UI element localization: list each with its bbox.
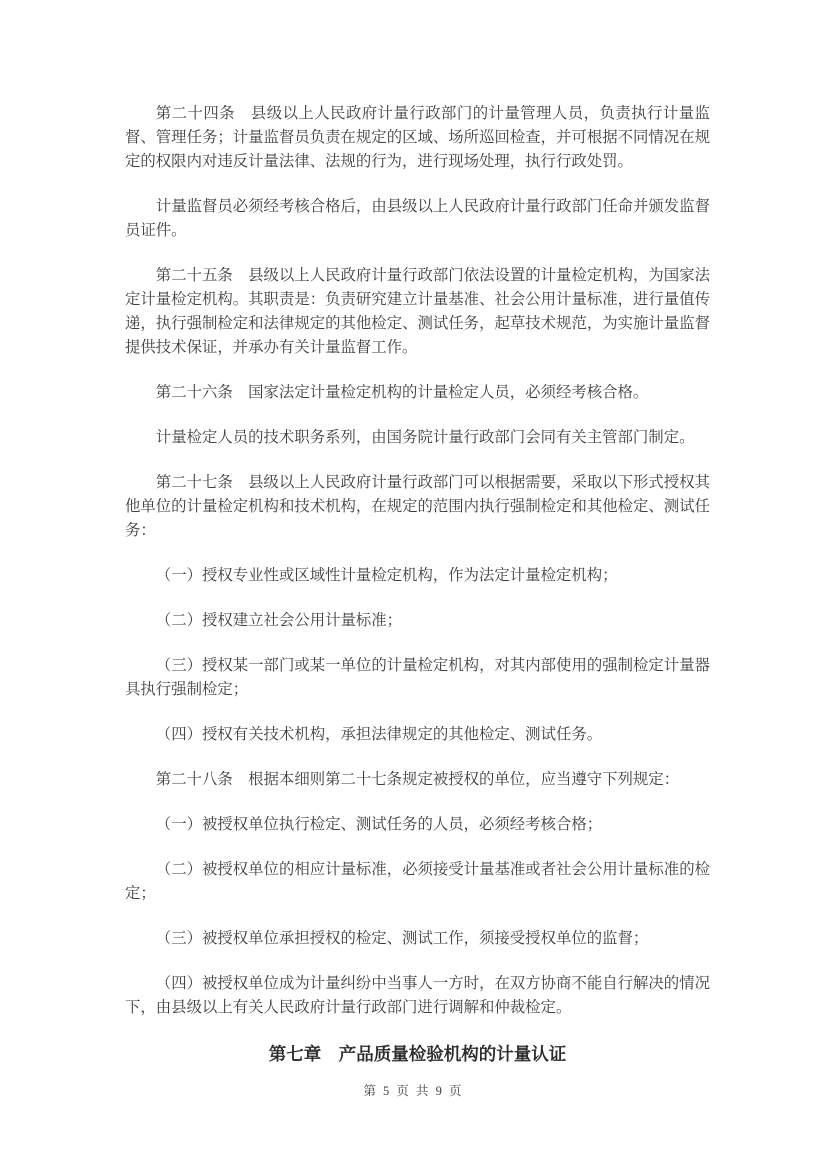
article-26-tech-series-text: 计量检定人员的技术职务系列，由国务院计量行政部门会同有关主管部门制定。	[125, 426, 710, 450]
article-27-item-4: （四）授权有关技术机构，承担法律规定的其他检定、测试任务。	[125, 723, 710, 747]
article-28-item-3: （三）被授权单位承担授权的检定、测试工作，须接受授权单位的监督；	[125, 927, 710, 951]
article-28-item-4: （四）被授权单位成为计量纠纷中当事人一方时，在双方协商不能自行解决的情况下，由县…	[125, 972, 710, 1020]
article-27-item-2: （二）授权建立社会公用计量标准；	[125, 609, 710, 633]
page-number-footer: 第 5 页 共 9 页	[0, 1081, 827, 1099]
chapter-7-heading: 第七章 产品质量检验机构的计量认证	[125, 1041, 710, 1067]
article-27-text: 第二十七条 县级以上人民政府计量行政部门可以根据需要，采取以下形式授权其他单位的…	[125, 471, 710, 543]
article-27-item-3: （三）授权某一部门或某一单位的计量检定机构，对其内部使用的强制检定计量器具执行强…	[125, 654, 710, 702]
article-24-supervisor-cert-text: 计量监督员必须经考核合格后，由县级以上人民政府计量行政部门任命并颁发监督员证件。	[125, 195, 710, 243]
article-24-text: 第二十四条 县级以上人民政府计量行政部门的计量管理人员，负责执行计量监督、管理任…	[125, 102, 710, 174]
article-26-text: 第二十六条 国家法定计量检定机构的计量检定人员，必须经考核合格。	[125, 381, 710, 405]
article-28-item-1: （一）被授权单位执行检定、测试任务的人员，必须经考核合格；	[125, 813, 710, 837]
article-28-text: 第二十八条 根据本细则第二十七条规定被授权的单位，应当遵守下列规定：	[125, 768, 710, 792]
article-27-item-1: （一）授权专业性或区域性计量检定机构，作为法定计量检定机构；	[125, 564, 710, 588]
article-28-item-2: （二）被授权单位的相应计量标准，必须接受计量基准或者社会公用计量标准的检定；	[125, 858, 710, 906]
article-25-text: 第二十五条 县级以上人民政府计量行政部门依法设置的计量检定机构，为国家法定计量检…	[125, 264, 710, 360]
document-page: 第二十四条 县级以上人民政府计量行政部门的计量管理人员，负责执行计量监督、管理任…	[0, 0, 827, 1170]
